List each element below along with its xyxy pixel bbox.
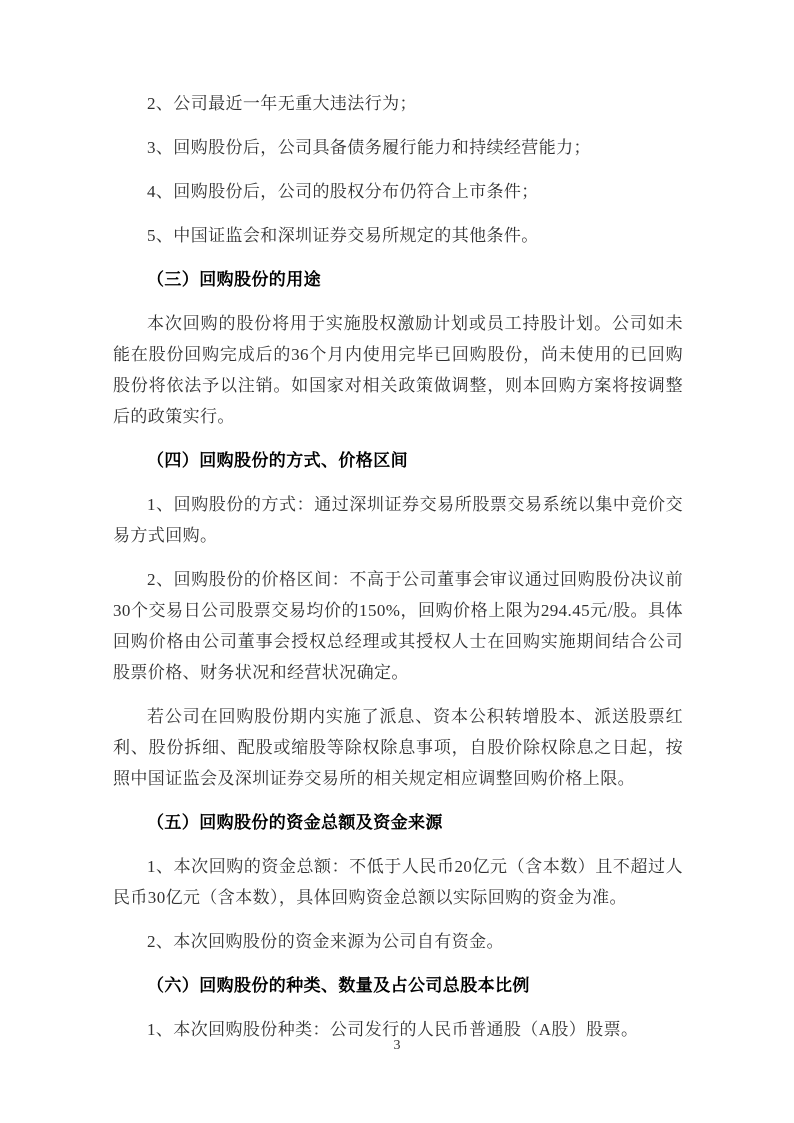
paragraph: 若公司在回购股份期内实施了派息、资本公积转增股本、派送股票红利、股份拆细、配股或…: [113, 701, 683, 794]
paragraph: 1、本次回购的资金总额：不低于人民币20亿元（含本数）且不超过人民币30亿元（含…: [113, 851, 683, 913]
numbered-item: 3、回购股份后，公司具备债务履行能力和持续经营能力；: [113, 132, 683, 163]
section-heading: （六）回购股份的种类、数量及占公司总股本比例: [113, 970, 683, 1001]
paragraph: 本次回购的股份将用于实施股权激励计划或员工持股计划。公司如未能在股份回购完成后的…: [113, 308, 683, 432]
paragraph: 2、本次回购股份的资金来源为公司自有资金。: [113, 926, 683, 957]
paragraph: 1、回购股份的方式：通过深圳证券交易所股票交易系统以集中竞价交易方式回购。: [113, 489, 683, 551]
section-heading: （五）回购股份的资金总额及资金来源: [113, 807, 683, 838]
numbered-item: 2、公司最近一年无重大违法行为；: [113, 88, 683, 119]
section-heading: （四）回购股份的方式、价格区间: [113, 445, 683, 476]
document-page: 2、公司最近一年无重大违法行为；3、回购股份后，公司具备债务履行能力和持续经营能…: [0, 0, 794, 1123]
section-heading: （三）回购股份的用途: [113, 264, 683, 295]
document-content: 2、公司最近一年无重大违法行为；3、回购股份后，公司具备债务履行能力和持续经营能…: [113, 88, 683, 1058]
numbered-item: 5、中国证监会和深圳证券交易所规定的其他条件。: [113, 220, 683, 251]
page-number: 3: [0, 1036, 794, 1056]
paragraph: 2、回购股份的价格区间：不高于公司董事会审议通过回购股份决议前30个交易日公司股…: [113, 564, 683, 688]
numbered-item: 4、回购股份后，公司的股权分布仍符合上市条件；: [113, 176, 683, 207]
